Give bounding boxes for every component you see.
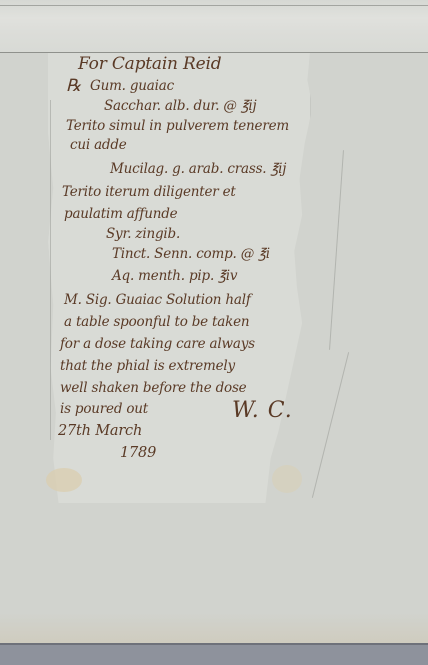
fold-line — [0, 5, 428, 6]
tear-mark-left — [50, 100, 51, 440]
line-12: a table spoonful to be taken — [64, 316, 249, 330]
recipe-symbol: ℞ — [66, 78, 81, 95]
line-13: for a dose taking care always — [60, 338, 255, 352]
line-5: Mucilag. g. arab. crass. ℥ij — [110, 163, 286, 177]
line-7: paulatim affunde — [64, 208, 177, 222]
document-scan: For Captain Reid ℞ Gum. guaiac Sacchar. … — [0, 0, 428, 665]
line-6: Terito iterum diligenter et — [62, 186, 236, 200]
stain-left — [46, 468, 82, 492]
mount-top-strip — [0, 0, 428, 53]
line-11: M. Sig. Guaiac Solution half — [64, 294, 251, 308]
line-3: Terito simul in pulverem tenerem — [66, 120, 289, 134]
line-14: that the phial is extremely — [60, 360, 235, 374]
line-10: Aq. menth. pip. ℥iv — [112, 270, 237, 284]
date-day-month: 27th March — [58, 424, 142, 439]
line-9: Tinct. Senn. comp. @ ℥i — [112, 248, 270, 262]
scan-bottom-edge — [0, 643, 428, 665]
line-15: well shaken before the dose — [60, 382, 246, 396]
date-year: 1789 — [120, 446, 156, 461]
signature: W. C. — [232, 400, 293, 422]
line-2: Sacchar. alb. dur. @ ℥ij — [104, 100, 257, 114]
line-8: Syr. zingib. — [106, 228, 180, 242]
line-16: is poured out — [60, 403, 148, 417]
heading: For Captain Reid — [78, 56, 221, 73]
line-4: cui adde — [70, 139, 127, 153]
line-1: Gum. guaiac — [90, 80, 174, 94]
stain-right — [272, 465, 302, 493]
